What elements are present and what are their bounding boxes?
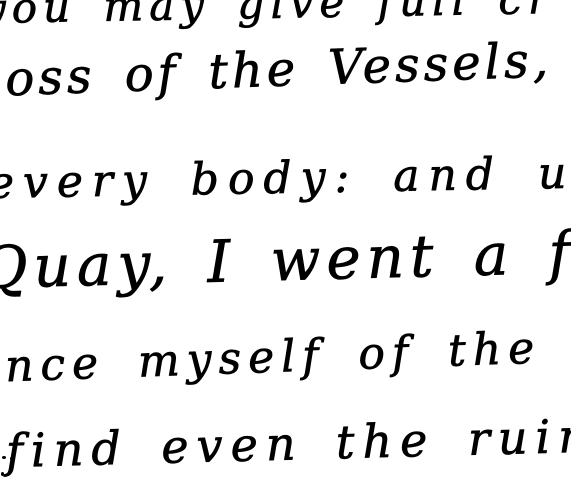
ink-speck: [2, 456, 6, 459]
handwritten-line-3: every body: and ur: [0, 147, 571, 209]
ink-speck: [10, 457, 13, 460]
handwritten-line-5: ince myself of the S: [0, 320, 571, 393]
handwritten-line-4: Quay, I went a few: [0, 216, 571, 302]
handwritten-line-1: you may give full cr: [0, 0, 554, 33]
ink-speck: [1, 472, 4, 476]
manuscript-page: you may give full cr loss of the Vessels…: [0, 0, 571, 499]
handwritten-line-6: find even the ruins: [5, 408, 571, 478]
handwritten-line-2: loss of the Vessels,: [0, 32, 553, 108]
